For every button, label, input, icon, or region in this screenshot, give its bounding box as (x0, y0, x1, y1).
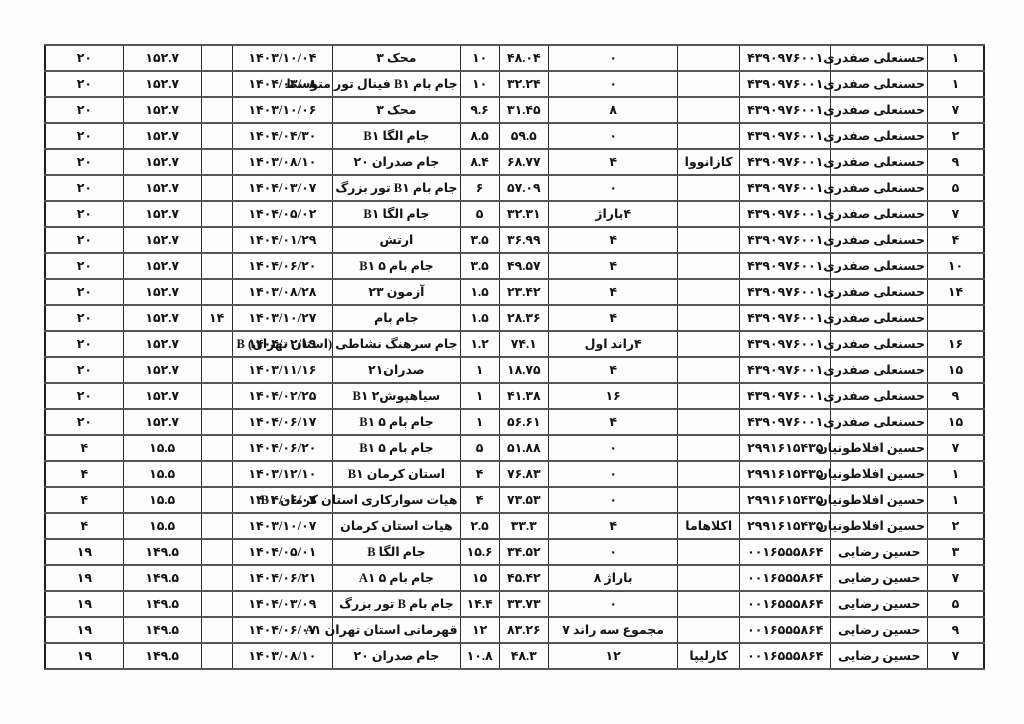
cell-faults: ۰ (548, 123, 677, 149)
cell-faults: ۴راند اول (548, 331, 677, 357)
cell-points: ۸.۴ (460, 149, 499, 175)
cell-points: ۱ (460, 409, 499, 435)
cell-event: جام بام B تور بزرگ (333, 591, 460, 617)
cell-sum: ۱۵۲.۷ (123, 45, 201, 71)
cell-id: ۴۳۹۰۹۷۶۰۰۱ (740, 71, 831, 97)
cell-faults: ۴ (548, 513, 677, 539)
cell-sum: ۱۵۲.۷ (123, 227, 201, 253)
cell-note (201, 513, 232, 539)
table-row: ۹حسین رضایی۰۰۱۶۵۵۵۸۶۴مجموع سه راند ۷۸۳.۲… (45, 617, 984, 643)
table-row: ۹حسنعلی صفدری۴۳۹۰۹۷۶۰۰۱۱۶۴۱.۳۸۱سیاهپوش۲ … (45, 383, 984, 409)
cell-sum: ۱۵۲.۷ (123, 383, 201, 409)
cell-sum: ۱۴۹.۵ (123, 591, 201, 617)
cell-id: ۴۳۹۰۹۷۶۰۰۱ (740, 201, 831, 227)
cell-points: ۶ (460, 175, 499, 201)
cell-count: ۲۰ (45, 253, 123, 279)
cell-points: ۱.۲ (460, 331, 499, 357)
cell-rider: حسنعلی صفدری (831, 97, 928, 123)
cell-event: جام بام ۵ B۱ (333, 435, 460, 461)
table-row: ۱۵حسنعلی صفدری۴۳۹۰۹۷۶۰۰۱۴۱۸.۷۵۱صدران۲۱۱۴… (45, 357, 984, 383)
cell-horse (678, 487, 740, 513)
cell-count: ۴ (45, 461, 123, 487)
cell-rank: ۱۰ (928, 253, 985, 279)
table-row: ۴حسنعلی صفدری۴۳۹۰۹۷۶۰۰۱۴۳۶.۹۹۳.۵ارتش۱۴۰۴… (45, 227, 984, 253)
cell-id: ۴۳۹۰۹۷۶۰۰۱ (740, 357, 831, 383)
cell-date: ۱۴۰۴/۰۳/۰۹ (232, 591, 333, 617)
cell-faults: ۰ (548, 487, 677, 513)
cell-rider: حسین رضایی (831, 643, 928, 669)
cell-faults: ۰ (548, 591, 677, 617)
cell-count: ۲۰ (45, 149, 123, 175)
cell-time: ۶۸.۷۷ (499, 149, 548, 175)
cell-count: ۲۰ (45, 71, 123, 97)
table-row: ۷حسین رضایی۰۰۱۶۵۵۵۸۶۴کارلیپا۱۲۴۸.۳۱۰.۸جا… (45, 643, 984, 669)
cell-rank: ۱۵ (928, 409, 985, 435)
cell-horse (678, 617, 740, 643)
table-row: ۲حسنعلی صفدری۴۳۹۰۹۷۶۰۰۱۰۵۹.۵۸.۵جام الگا … (45, 123, 984, 149)
cell-count: ۲۰ (45, 175, 123, 201)
cell-count: ۴ (45, 513, 123, 539)
cell-points: ۳.۵ (460, 253, 499, 279)
cell-date: ۱۴۰۳/۰۸/۱۰ (232, 643, 333, 669)
cell-date: ۱۴۰۴/۰۶/۲۰ (232, 435, 333, 461)
cell-event: قهرمانی استان تهران A۱ (333, 617, 460, 643)
cell-horse (678, 461, 740, 487)
cell-rank: ۱ (928, 487, 985, 513)
cell-rider: حسین افلاطونیان (831, 487, 928, 513)
cell-horse (678, 175, 740, 201)
cell-note (201, 97, 232, 123)
table-row: ۷حسنعلی صفدری۴۳۹۰۹۷۶۰۰۱۴باراژ۳۲.۳۱۵جام ا… (45, 201, 984, 227)
cell-date: ۱۴۰۴/۰۵/۰۱ (232, 539, 333, 565)
table-row: ۵حسنعلی صفدری۴۳۹۰۹۷۶۰۰۱۰۵۷.۰۹۶جام بام B۱… (45, 175, 984, 201)
cell-note (201, 409, 232, 435)
cell-id: ۴۳۹۰۹۷۶۰۰۱ (740, 227, 831, 253)
cell-time: ۳۳.۳ (499, 513, 548, 539)
cell-date: ۱۴۰۴/۰۱/۲۹ (232, 227, 333, 253)
results-table-body: ۱حسنعلی صفدری۴۳۹۰۹۷۶۰۰۱۰۴۸.۰۴۱۰محک ۳۱۴۰۳… (45, 45, 984, 669)
cell-points: ۴ (460, 461, 499, 487)
table-row: ۵حسین رضایی۰۰۱۶۵۵۵۸۶۴۰۳۳.۷۳۱۴.۴جام بام B… (45, 591, 984, 617)
cell-horse: اکلاهاما (678, 513, 740, 539)
cell-horse (678, 565, 740, 591)
cell-faults: ۴باراژ (548, 201, 677, 227)
cell-note (201, 279, 232, 305)
cell-note (201, 331, 232, 357)
cell-horse (678, 409, 740, 435)
cell-note (201, 591, 232, 617)
cell-points: ۱۰ (460, 71, 499, 97)
cell-faults: ۰ (548, 435, 677, 461)
cell-horse (678, 71, 740, 97)
cell-note (201, 435, 232, 461)
table-row: ۷حسنعلی صفدری۴۳۹۰۹۷۶۰۰۱۸۳۱.۴۵۹.۶محک ۳۱۴۰… (45, 97, 984, 123)
cell-id: ۴۳۹۰۹۷۶۰۰۱ (740, 305, 831, 331)
table-row: ۱حسین افلاطونیان۲۹۹۱۶۱۵۴۳۵۰۷۶.۸۳۴استان ک… (45, 461, 984, 487)
table-row: ۱۴حسنعلی صفدری۴۳۹۰۹۷۶۰۰۱۴۲۳.۴۲۱.۵آزمون ۲… (45, 279, 984, 305)
cell-rider: حسنعلی صفدری (831, 227, 928, 253)
cell-id: ۰۰۱۶۵۵۵۸۶۴ (740, 617, 831, 643)
cell-faults: ۴ (548, 253, 677, 279)
cell-rank: ۱ (928, 45, 985, 71)
cell-time: ۵۶.۶۱ (499, 409, 548, 435)
cell-rank: ۷ (928, 435, 985, 461)
cell-event: جام بام ۵ B۱ (333, 409, 460, 435)
cell-faults: ۴ (548, 409, 677, 435)
cell-note (201, 565, 232, 591)
cell-event: جام صدران ۲۰ (333, 149, 460, 175)
cell-count: ۲۰ (45, 383, 123, 409)
cell-horse (678, 97, 740, 123)
cell-id: ۴۳۹۰۹۷۶۰۰۱ (740, 383, 831, 409)
cell-note (201, 617, 232, 643)
cell-note (201, 71, 232, 97)
cell-id: ۰۰۱۶۵۵۵۸۶۴ (740, 565, 831, 591)
cell-time: ۱۸.۷۵ (499, 357, 548, 383)
cell-rider: حسنعلی صفدری (831, 305, 928, 331)
cell-time: ۸۳.۲۶ (499, 617, 548, 643)
cell-event: جام سرهنگ نشاطی (استان تهران) B (333, 331, 460, 357)
cell-id: ۴۳۹۰۹۷۶۰۰۱ (740, 123, 831, 149)
cell-event: جام الگا B (333, 539, 460, 565)
cell-event: هیات استان کرمان (333, 513, 460, 539)
cell-date: ۱۴۰۴/۰۲/۲۵ (232, 383, 333, 409)
cell-event: جام بام B۱ تور بزرگ (333, 175, 460, 201)
cell-rider: حسین افلاطونیان (831, 513, 928, 539)
cell-rider: حسین رضایی (831, 565, 928, 591)
cell-note (201, 123, 232, 149)
cell-count: ۲۰ (45, 45, 123, 71)
cell-time: ۳۴.۵۲ (499, 539, 548, 565)
cell-rider: حسنعلی صفدری (831, 45, 928, 71)
cell-rank (928, 305, 985, 331)
cell-rider: حسنعلی صفدری (831, 71, 928, 97)
cell-points: ۹.۶ (460, 97, 499, 123)
cell-rider: حسنعلی صفدری (831, 383, 928, 409)
cell-count: ۴ (45, 435, 123, 461)
cell-horse (678, 331, 740, 357)
cell-event: صدران۲۱ (333, 357, 460, 383)
cell-faults: ۰ (548, 539, 677, 565)
cell-id: ۰۰۱۶۵۵۵۸۶۴ (740, 643, 831, 669)
cell-sum: ۱۵۲.۷ (123, 149, 201, 175)
cell-points: ۱۴.۴ (460, 591, 499, 617)
cell-event: سیاهپوش۲ B۱ (333, 383, 460, 409)
cell-sum: ۱۵۲.۷ (123, 175, 201, 201)
cell-time: ۴۸.۰۴ (499, 45, 548, 71)
cell-time: ۷۶.۸۳ (499, 461, 548, 487)
cell-sum: ۱۵.۵ (123, 513, 201, 539)
cell-points: ۱ (460, 383, 499, 409)
cell-points: ۱۲ (460, 617, 499, 643)
cell-date: ۱۴۰۳/۱۰/۰۶ (232, 97, 333, 123)
cell-note (201, 201, 232, 227)
cell-time: ۷۳.۵۳ (499, 487, 548, 513)
cell-event: جام بام ۵ B۱ (333, 253, 460, 279)
cell-note (201, 227, 232, 253)
cell-faults: ۰ (548, 175, 677, 201)
cell-sum: ۱۴۹.۵ (123, 565, 201, 591)
table-row: ۱۰حسنعلی صفدری۴۳۹۰۹۷۶۰۰۱۴۴۹.۵۷۳.۵جام بام… (45, 253, 984, 279)
cell-date: ۱۴۰۴/۰۳/۰۷ (232, 175, 333, 201)
cell-event: جام بام ۵ A۱ (333, 565, 460, 591)
cell-rank: ۱ (928, 71, 985, 97)
cell-rank: ۷ (928, 643, 985, 669)
cell-points: ۲.۵ (460, 513, 499, 539)
cell-faults: ۴ (548, 305, 677, 331)
cell-rank: ۱۶ (928, 331, 985, 357)
cell-date: ۱۴۰۳/۱۲/۱۰ (232, 461, 333, 487)
table-row: ۹حسنعلی صفدری۴۳۹۰۹۷۶۰۰۱کازانووا۴۶۸.۷۷۸.۴… (45, 149, 984, 175)
cell-faults: ۴ (548, 279, 677, 305)
cell-note (201, 383, 232, 409)
cell-faults: ۰ (548, 71, 677, 97)
cell-time: ۲۸.۳۶ (499, 305, 548, 331)
cell-note (201, 643, 232, 669)
cell-points: ۱۵ (460, 565, 499, 591)
cell-horse (678, 435, 740, 461)
cell-event: جام بام (333, 305, 460, 331)
cell-sum: ۱۴۹.۵ (123, 617, 201, 643)
cell-rank: ۴ (928, 227, 985, 253)
cell-faults: باراژ ۸ (548, 565, 677, 591)
cell-rider: حسین رضایی (831, 617, 928, 643)
cell-id: ۲۹۹۱۶۱۵۴۳۵ (740, 435, 831, 461)
results-table: ۱حسنعلی صفدری۴۳۹۰۹۷۶۰۰۱۰۴۸.۰۴۱۰محک ۳۱۴۰۳… (44, 44, 985, 670)
cell-rider: حسین رضایی (831, 539, 928, 565)
cell-points: ۱۵.۶ (460, 539, 499, 565)
cell-sum: ۱۵۲.۷ (123, 201, 201, 227)
cell-rank: ۲ (928, 513, 985, 539)
cell-horse (678, 227, 740, 253)
cell-id: ۲۹۹۱۶۱۵۴۳۵ (740, 487, 831, 513)
cell-rank: ۳ (928, 539, 985, 565)
cell-faults: ۱۶ (548, 383, 677, 409)
cell-rank: ۱ (928, 461, 985, 487)
cell-rider: حسین افلاطونیان (831, 461, 928, 487)
cell-id: ۰۰۱۶۵۵۵۸۶۴ (740, 539, 831, 565)
table-row: ۳حسین رضایی۰۰۱۶۵۵۵۸۶۴۰۳۴.۵۲۱۵.۶جام الگا … (45, 539, 984, 565)
cell-count: ۲۰ (45, 201, 123, 227)
cell-sum: ۱۵۲.۷ (123, 305, 201, 331)
cell-sum: ۱۴۹.۵ (123, 643, 201, 669)
cell-count: ۲۰ (45, 357, 123, 383)
cell-date: ۱۴۰۳/۱۰/۲۷ (232, 305, 333, 331)
cell-date: ۱۴۰۳/۱۰/۰۷ (232, 513, 333, 539)
cell-event: جام صدران ۲۰ (333, 643, 460, 669)
cell-id: ۴۳۹۰۹۷۶۰۰۱ (740, 253, 831, 279)
table-row: ۱حسنعلی صفدری۴۳۹۰۹۷۶۰۰۱۰۴۸.۰۴۱۰محک ۳۱۴۰۳… (45, 45, 984, 71)
cell-points: ۵ (460, 201, 499, 227)
cell-rank: ۵ (928, 175, 985, 201)
table-row: حسنعلی صفدری۴۳۹۰۹۷۶۰۰۱۴۲۸.۳۶۱.۵جام بام۱۴… (45, 305, 984, 331)
cell-points: ۱ (460, 357, 499, 383)
cell-faults: ۸ (548, 97, 677, 123)
cell-points: ۱.۵ (460, 305, 499, 331)
cell-note (201, 487, 232, 513)
cell-horse (678, 279, 740, 305)
cell-sum: ۱۵۲.۷ (123, 409, 201, 435)
cell-id: ۴۳۹۰۹۷۶۰۰۱ (740, 97, 831, 123)
table-row: ۷حسین افلاطونیان۲۹۹۱۶۱۵۴۳۵۰۵۱.۸۸۵جام بام… (45, 435, 984, 461)
cell-horse: کازانووا (678, 149, 740, 175)
cell-event: جام الگا B۱ (333, 201, 460, 227)
table-row: ۱حسین افلاطونیان۲۹۹۱۶۱۵۴۳۵۰۷۳.۵۳۴هیات سو… (45, 487, 984, 513)
cell-rider: حسین رضایی (831, 591, 928, 617)
table-row: ۷حسین رضایی۰۰۱۶۵۵۵۸۶۴باراژ ۸۴۵.۴۲۱۵جام ب… (45, 565, 984, 591)
cell-count: ۱۹ (45, 591, 123, 617)
cell-rider: حسین افلاطونیان (831, 435, 928, 461)
cell-date: ۱۴۰۴/۰۴/۳۰ (232, 123, 333, 149)
cell-event: آزمون ۲۳ (333, 279, 460, 305)
cell-faults: ۰ (548, 461, 677, 487)
cell-rank: ۷ (928, 97, 985, 123)
cell-points: ۴ (460, 487, 499, 513)
cell-points: ۱۰.۸ (460, 643, 499, 669)
cell-sum: ۱۵۲.۷ (123, 331, 201, 357)
cell-rider: حسنعلی صفدری (831, 253, 928, 279)
cell-time: ۴۹.۵۷ (499, 253, 548, 279)
cell-horse (678, 383, 740, 409)
cell-time: ۴۸.۳ (499, 643, 548, 669)
cell-date: ۱۴۰۴/۰۶/۲۰ (232, 253, 333, 279)
cell-rank: ۵ (928, 591, 985, 617)
cell-date: ۱۴۰۳/۱۱/۱۶ (232, 357, 333, 383)
scanned-document-page: ۱حسنعلی صفدری۴۳۹۰۹۷۶۰۰۱۰۴۸.۰۴۱۰محک ۳۱۴۰۳… (0, 0, 1024, 724)
cell-horse (678, 45, 740, 71)
cell-count: ۱۹ (45, 565, 123, 591)
cell-sum: ۱۵۲.۷ (123, 357, 201, 383)
cell-time: ۳۱.۴۵ (499, 97, 548, 123)
cell-count: ۲۰ (45, 279, 123, 305)
cell-time: ۲۳.۴۲ (499, 279, 548, 305)
cell-horse (678, 305, 740, 331)
cell-date: ۱۴۰۴/۰۵/۰۲ (232, 201, 333, 227)
cell-rider: حسنعلی صفدری (831, 201, 928, 227)
cell-time: ۴۵.۴۲ (499, 565, 548, 591)
cell-note (201, 149, 232, 175)
cell-faults: ۴ (548, 357, 677, 383)
cell-id: ۴۳۹۰۹۷۶۰۰۱ (740, 409, 831, 435)
cell-rank: ۹ (928, 149, 985, 175)
cell-event: استان کرمان B۱ (333, 461, 460, 487)
cell-time: ۳۲.۲۴ (499, 71, 548, 97)
cell-date: ۱۴۰۴/۰۶/۲۱ (232, 565, 333, 591)
cell-count: ۲۰ (45, 97, 123, 123)
cell-sum: ۱۵۲.۷ (123, 253, 201, 279)
cell-event: محک ۳ (333, 97, 460, 123)
table-row: ۱حسنعلی صفدری۴۳۹۰۹۷۶۰۰۱۰۳۲.۲۴۱۰جام بام B… (45, 71, 984, 97)
cell-date: ۱۴۰۳/۰۸/۱۰ (232, 149, 333, 175)
cell-note (201, 539, 232, 565)
cell-horse (678, 591, 740, 617)
cell-rider: حسنعلی صفدری (831, 409, 928, 435)
cell-faults: ۱۲ (548, 643, 677, 669)
table-row: ۱۵حسنعلی صفدری۴۳۹۰۹۷۶۰۰۱۴۵۶.۶۱۱جام بام ۵… (45, 409, 984, 435)
cell-sum: ۱۵.۵ (123, 435, 201, 461)
cell-time: ۵۷.۰۹ (499, 175, 548, 201)
cell-time: ۷۴.۱ (499, 331, 548, 357)
cell-rank: ۱۵ (928, 357, 985, 383)
cell-note (201, 253, 232, 279)
cell-rank: ۱۴ (928, 279, 985, 305)
cell-rank: ۷ (928, 201, 985, 227)
cell-time: ۵۹.۵ (499, 123, 548, 149)
cell-count: ۲۰ (45, 305, 123, 331)
cell-points: ۱۰ (460, 45, 499, 71)
cell-sum: ۱۵۲.۷ (123, 123, 201, 149)
cell-date: ۱۴۰۴/۰۶/۱۷ (232, 409, 333, 435)
cell-rank: ۹ (928, 617, 985, 643)
cell-horse (678, 123, 740, 149)
cell-horse (678, 539, 740, 565)
cell-id: ۴۳۹۰۹۷۶۰۰۱ (740, 279, 831, 305)
cell-sum: ۱۵۲.۷ (123, 279, 201, 305)
table-row: ۱۶حسنعلی صفدری۴۳۹۰۹۷۶۰۰۱۴راند اول۷۴.۱۱.۲… (45, 331, 984, 357)
cell-rider: حسنعلی صفدری (831, 123, 928, 149)
cell-count: ۱۹ (45, 617, 123, 643)
cell-note (201, 45, 232, 71)
table-row: ۲حسین افلاطونیان۲۹۹۱۶۱۵۴۳۵اکلاهاما۴۳۳.۳۲… (45, 513, 984, 539)
cell-points: ۸.۵ (460, 123, 499, 149)
cell-rank: ۲ (928, 123, 985, 149)
cell-count: ۱۹ (45, 643, 123, 669)
cell-rank: ۷ (928, 565, 985, 591)
cell-points: ۵ (460, 435, 499, 461)
cell-time: ۴۱.۳۸ (499, 383, 548, 409)
cell-count: ۲۰ (45, 123, 123, 149)
cell-event: ارتش (333, 227, 460, 253)
cell-note (201, 175, 232, 201)
cell-rider: حسنعلی صفدری (831, 279, 928, 305)
cell-id: ۴۳۹۰۹۷۶۰۰۱ (740, 331, 831, 357)
cell-faults: ۰ (548, 45, 677, 71)
cell-rank: ۹ (928, 383, 985, 409)
cell-id: ۰۰۱۶۵۵۵۸۶۴ (740, 591, 831, 617)
cell-id: ۲۹۹۱۶۱۵۴۳۵ (740, 513, 831, 539)
cell-horse (678, 357, 740, 383)
cell-time: ۵۱.۸۸ (499, 435, 548, 461)
cell-count: ۲۰ (45, 409, 123, 435)
cell-event: جام الگا B۱ (333, 123, 460, 149)
cell-event: هیات سوارکاری استان کرمان B۱ (333, 487, 460, 513)
cell-count: ۱۹ (45, 539, 123, 565)
cell-horse: کارلیپا (678, 643, 740, 669)
cell-sum: ۱۵.۵ (123, 487, 201, 513)
cell-points: ۱.۵ (460, 279, 499, 305)
cell-date: ۱۴۰۳/۰۸/۲۸ (232, 279, 333, 305)
cell-note (201, 461, 232, 487)
cell-faults: مجموع سه راند ۷ (548, 617, 677, 643)
cell-sum: ۱۵۲.۷ (123, 71, 201, 97)
cell-sum: ۱۴۹.۵ (123, 539, 201, 565)
cell-event: جام بام B۱ فینال تور متوسط (333, 71, 460, 97)
cell-note (201, 357, 232, 383)
cell-id: ۴۳۹۰۹۷۶۰۰۱ (740, 175, 831, 201)
cell-faults: ۴ (548, 227, 677, 253)
cell-id: ۲۹۹۱۶۱۵۴۳۵ (740, 461, 831, 487)
cell-time: ۳۳.۷۳ (499, 591, 548, 617)
cell-count: ۲۰ (45, 227, 123, 253)
cell-points: ۳.۵ (460, 227, 499, 253)
cell-id: ۴۳۹۰۹۷۶۰۰۱ (740, 149, 831, 175)
cell-id: ۴۳۹۰۹۷۶۰۰۱ (740, 45, 831, 71)
cell-date: ۱۴۰۳/۱۰/۰۴ (232, 45, 333, 71)
cell-time: ۳۶.۹۹ (499, 227, 548, 253)
cell-count: ۲۰ (45, 331, 123, 357)
cell-rider: حسنعلی صفدری (831, 149, 928, 175)
cell-sum: ۱۵.۵ (123, 461, 201, 487)
